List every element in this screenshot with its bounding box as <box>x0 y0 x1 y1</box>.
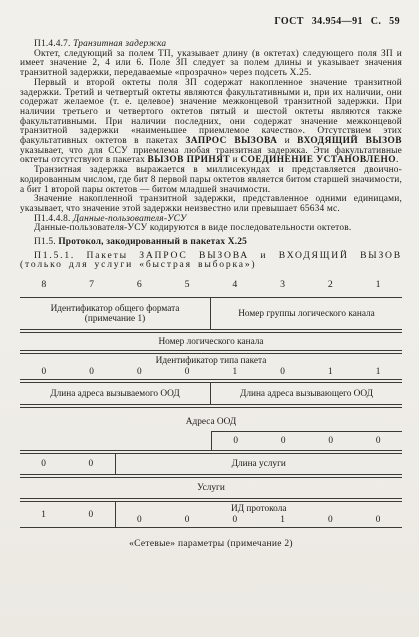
diagram-row-address-lengths: Длина адреса вызываемого ООД Длина адрес… <box>20 382 402 405</box>
bit-cell: 0 <box>211 515 259 525</box>
bit-values-row: 1 0 <box>20 510 115 520</box>
field-cell-facility-length: Длина услуги <box>116 454 403 474</box>
paragraph-3: Транзитная задержка выражается в миллисе… <box>20 166 402 195</box>
bit-cell: 1 <box>211 367 259 377</box>
bit-cell: 1 <box>354 367 402 377</box>
field-cell-protocol-id: ИД протокола 0 0 0 1 0 0 <box>116 502 403 527</box>
field-label: Номер группы логического канала <box>238 309 375 319</box>
diagram-row-facility-length: 0 0 Длина услуги <box>20 453 402 475</box>
packet-name: ЗАПРОС ВЫЗОВА <box>185 136 277 146</box>
section-title: Транзитная задержка <box>73 39 166 49</box>
bit-cell: 0 <box>116 367 164 377</box>
bit-cell: 0 <box>307 436 355 446</box>
paragraph-2: Первый и второй октеты поля ЗП содержат … <box>20 79 402 166</box>
bit-values-row: 0 0 0 1 0 0 <box>116 515 403 525</box>
section-title-line2: (только для услуги «быстрая выборка») <box>20 260 402 270</box>
paragraph-5: Данные-пользователя-УСУ кодируются в вид… <box>20 224 402 234</box>
bit-values-row: 0 0 0 0 1 0 1 1 <box>20 367 402 377</box>
paragraph-1: Октет, следующий за полем ТП, указывает … <box>20 50 402 79</box>
bit-values-row: 0 0 0 0 <box>212 436 402 446</box>
bit-cell: 0 <box>355 436 403 446</box>
bit-cell: 0 <box>163 515 211 525</box>
bit-number-label: 1 <box>354 279 402 290</box>
bit-values-row: 0 0 <box>20 459 115 469</box>
bit-cell: 1 <box>259 515 307 525</box>
bit-number-label: 4 <box>211 279 259 290</box>
bit-number-label: 5 <box>163 279 211 290</box>
bit-cell: 1 <box>20 510 67 520</box>
field-label: ИД протокола <box>116 504 403 514</box>
field-cell-logical-channel-group: Номер группы логического канала <box>211 298 402 329</box>
field-label: Длина услуги <box>232 459 286 469</box>
address-padding-subcell: 0 0 0 0 <box>211 431 402 450</box>
diagram-row-facilities: Услуги <box>20 477 402 499</box>
section-number: П1.5. <box>34 237 56 247</box>
field-label: Идентификатор типа пакета <box>20 356 402 366</box>
paragraph-2-text: и <box>230 155 240 165</box>
field-cell-general-format-id: Идентификатор общего формата (примечание… <box>20 298 211 329</box>
bit-cell: 0 <box>163 367 211 377</box>
section-number: П1.4.4.7. <box>34 39 71 49</box>
field-label: Длина адреса вызывающего ООД <box>240 389 373 399</box>
field-label: Адреса ООД <box>20 408 402 427</box>
bit-number-header: 8 7 6 5 4 3 2 1 <box>20 279 402 290</box>
bit-cell: 0 <box>20 459 67 469</box>
packet-name: СОЕДИНЕНИЕ УСТАНОВЛЕНО <box>240 155 396 165</box>
field-note: (примечание 1) <box>85 314 145 324</box>
body-text: П1.4.4.7. Транзитная задержка Октет, сле… <box>20 40 402 270</box>
bit-prefix-cell: 0 0 <box>20 454 116 474</box>
diagram-caption: «Сетевые» параметры (примечание 2) <box>20 539 402 549</box>
packet-name: ВХОДЯЩИЙ ВЫЗОВ <box>297 136 402 146</box>
section-title: Протокол, закодированный в пакетах Х.25 <box>58 237 247 247</box>
field-label: Идентификатор общего формата <box>51 304 180 314</box>
bit-cell: 0 <box>260 436 308 446</box>
bit-number-label: 3 <box>259 279 307 290</box>
section-title: Данные-пользователя-УСУ <box>73 214 186 224</box>
bit-cell: 0 <box>259 367 307 377</box>
bit-cell: 0 <box>20 367 68 377</box>
bit-cell: 0 <box>67 459 114 469</box>
diagram-row-protocol-id: 1 0 ИД протокола 0 0 0 1 0 0 <box>20 501 402 528</box>
diagram-row-dte-addresses: Адреса ООД 0 0 0 0 <box>20 407 402 451</box>
section-heading-151: П1.5.1. Пакеты ЗАПРОС ВЫЗОВА и ВХОДЯЩИЙ … <box>20 251 402 270</box>
bit-cell: 0 <box>354 515 402 525</box>
paragraph-2-text: и <box>277 136 297 146</box>
bit-number-label: 8 <box>20 279 68 290</box>
bit-number-label: 6 <box>116 279 164 290</box>
packet-name: ВЫЗОВ ПРИНЯТ <box>148 155 231 165</box>
bit-cell: 0 <box>212 436 260 446</box>
bit-cell: 1 <box>307 367 355 377</box>
section-number: П1.4.4.8. <box>34 214 71 224</box>
bit-cell: 0 <box>307 515 355 525</box>
bit-cell: 0 <box>116 515 164 525</box>
bit-prefix-cell: 1 0 <box>20 502 116 527</box>
document-page: ГОСТ 34.954—91 С. 59 П1.4.4.7. Транзитна… <box>0 0 419 637</box>
field-cell-called-dte-length: Длина адреса вызываемого ООД <box>20 383 211 404</box>
bit-number-label: 2 <box>307 279 355 290</box>
paragraph-2-text: . <box>396 155 399 165</box>
bit-number-label: 7 <box>68 279 116 290</box>
packet-structure-diagram: 8 7 6 5 4 3 2 1 Идентификатор общего фор… <box>20 279 402 549</box>
field-label: Номер логического канала <box>158 337 263 347</box>
doc-reference-header: ГОСТ 34.954—91 С. 59 <box>20 16 402 27</box>
diagram-row-logical-channel: Номер логического канала <box>20 332 402 351</box>
bit-cell: 0 <box>68 367 116 377</box>
bit-cell: 0 <box>67 510 114 520</box>
paragraph-4: Значение накопленной транзитной задержки… <box>20 195 402 214</box>
diagram-row-format-id: Идентификатор общего формата (примечание… <box>20 297 402 330</box>
field-label: Услуги <box>197 483 225 493</box>
field-label: Длина адреса вызываемого ООД <box>50 389 179 399</box>
field-cell-calling-dte-length: Длина адреса вызывающего ООД <box>211 383 402 404</box>
diagram-row-packet-type: Идентификатор типа пакета 0 0 0 0 1 0 1 … <box>20 353 402 380</box>
section-heading-15: П1.5. Протокол, закодированный в пакетах… <box>20 238 402 248</box>
